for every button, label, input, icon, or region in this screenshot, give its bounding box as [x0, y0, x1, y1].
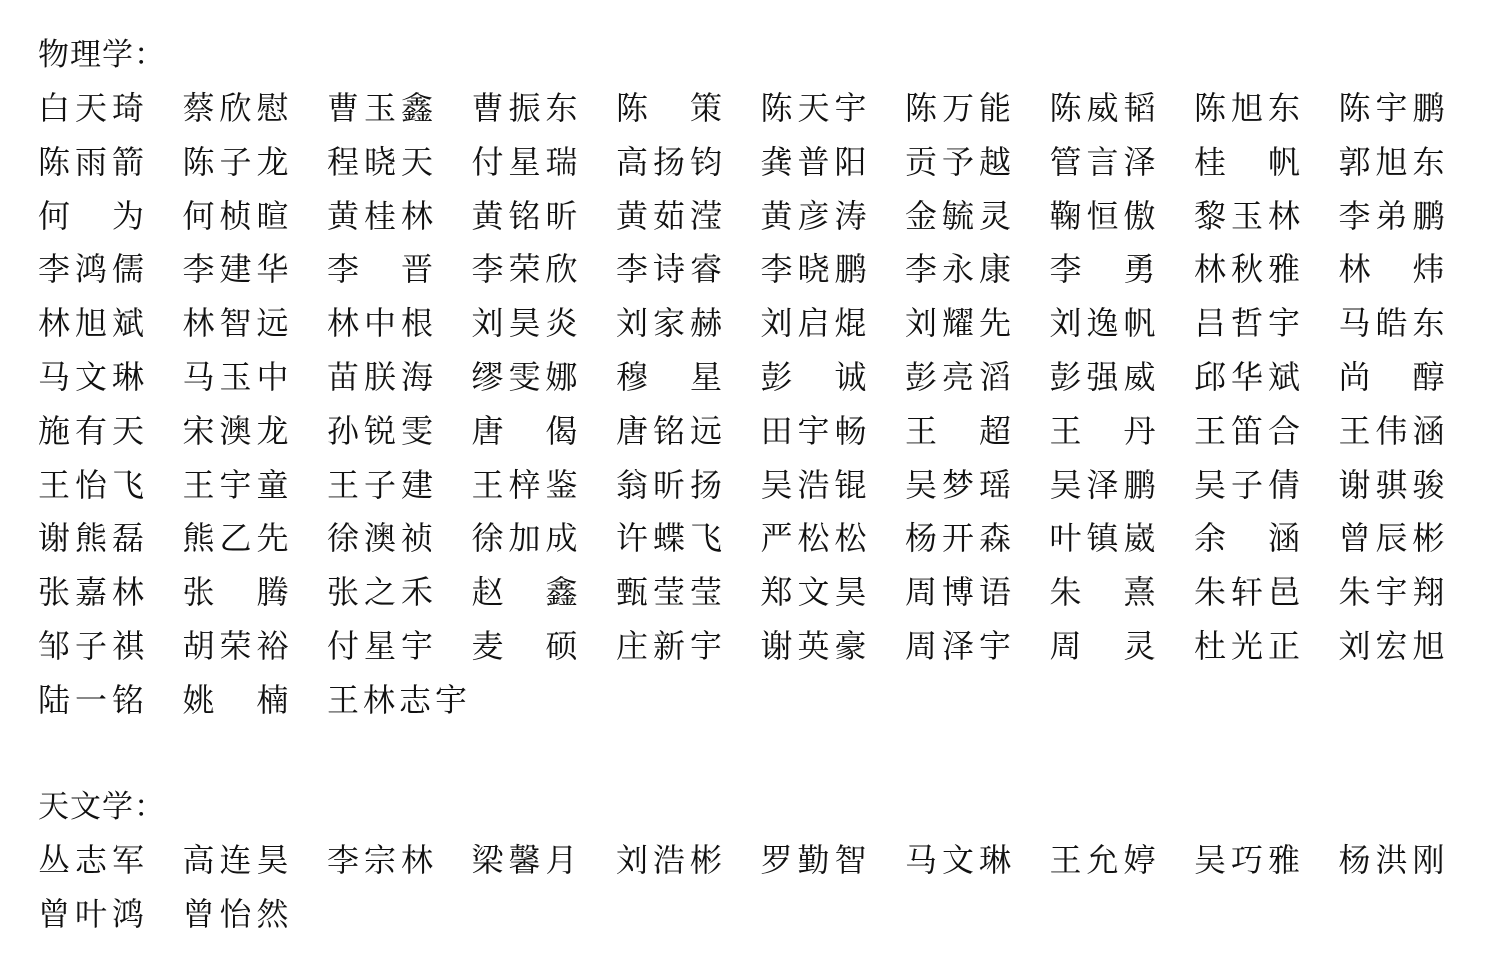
name-entry: 陆一铭 — [38, 674, 144, 728]
name-entry: 李建华 — [183, 243, 289, 297]
name-entry: 李鸿儒 — [38, 243, 144, 297]
name-entry: 彭亮滔 — [905, 351, 1011, 405]
name-entry: 彭诚 — [761, 351, 867, 405]
name-entry: 王怡飞 — [38, 459, 144, 513]
name-entry: 朱熹 — [1050, 566, 1156, 620]
name-entry: 李永康 — [905, 243, 1011, 297]
name-entry: 吕哲宇 — [1194, 297, 1300, 351]
name-entry: 黄桂林 — [327, 190, 433, 244]
name-entry: 林智远 — [183, 297, 289, 351]
name-entry: 王伟涵 — [1339, 405, 1445, 459]
name-entry: 叶镇崴 — [1050, 512, 1156, 566]
name-entry: 周博语 — [905, 566, 1011, 620]
name-entry: 王梓鉴 — [472, 459, 578, 513]
name-grid-astronomy: 丛志军高连昊李宗林梁馨月刘浩彬罗勤智马文琳王允婷吴巧雅杨洪刚曾叶鸿曾怡然 — [38, 834, 1483, 942]
name-entry: 马文琳 — [905, 834, 1011, 888]
section-title-physics: 物理学： — [38, 28, 1483, 82]
name-entry: 曾怡然 — [183, 888, 289, 942]
name-entry: 张腾 — [183, 566, 289, 620]
name-entry: 郭旭东 — [1339, 136, 1445, 190]
name-entry: 甄莹莹 — [616, 566, 722, 620]
name-entry: 陈天宇 — [761, 82, 867, 136]
section-title-astronomy: 天文学： — [38, 780, 1483, 834]
name-entry: 彭强威 — [1050, 351, 1156, 405]
name-entry: 桂帆 — [1194, 136, 1300, 190]
name-entry: 鞠恒傲 — [1050, 190, 1156, 244]
name-entry: 李晋 — [327, 243, 433, 297]
name-entry: 周泽宇 — [905, 620, 1011, 674]
name-grid-physics: 白天琦蔡欣慰曹玉鑫曹振东陈策陈天宇陈万能陈威韬陈旭东陈宇鹏陈雨箭陈子龙程晓天付星… — [38, 82, 1483, 728]
name-entry: 曾叶鸿 — [38, 888, 144, 942]
name-entry: 尚醇 — [1339, 351, 1445, 405]
name-entry: 李宗林 — [327, 834, 433, 888]
name-entry: 程晓天 — [327, 136, 433, 190]
name-entry: 刘家赫 — [616, 297, 722, 351]
name-entry: 王允婷 — [1050, 834, 1156, 888]
name-entry: 穆星 — [616, 351, 722, 405]
name-entry: 黄彦涛 — [761, 190, 867, 244]
name-entry: 刘昊炎 — [472, 297, 578, 351]
name-entry: 马玉中 — [183, 351, 289, 405]
name-entry: 黄铭昕 — [472, 190, 578, 244]
name-entry: 王丹 — [1050, 405, 1156, 459]
name-entry: 李弟鹏 — [1339, 190, 1445, 244]
name-entry: 白天琦 — [38, 82, 144, 136]
name-entry: 林旭斌 — [38, 297, 144, 351]
name-entry: 杜光正 — [1194, 620, 1300, 674]
name-entry: 何桢暄 — [183, 190, 289, 244]
name-entry: 余涵 — [1194, 512, 1300, 566]
name-entry: 李晓鹏 — [761, 243, 867, 297]
name-entry: 吴子倩 — [1194, 459, 1300, 513]
name-entry: 管言泽 — [1050, 136, 1156, 190]
name-entry: 罗勤智 — [761, 834, 867, 888]
name-entry: 徐加成 — [472, 512, 578, 566]
name-entry: 刘逸帆 — [1050, 297, 1156, 351]
name-entry: 邱华斌 — [1194, 351, 1300, 405]
name-entry: 朱轩邑 — [1194, 566, 1300, 620]
name-entry: 翁昕扬 — [616, 459, 722, 513]
name-entry: 王超 — [905, 405, 1011, 459]
name-entry: 邹子祺 — [38, 620, 144, 674]
name-entry: 唐铭远 — [616, 405, 722, 459]
name-entry: 林中根 — [327, 297, 433, 351]
name-entry: 马文琳 — [38, 351, 144, 405]
name-entry: 付星瑞 — [472, 136, 578, 190]
name-entry: 曾辰彬 — [1339, 512, 1445, 566]
name-entry: 杨洪刚 — [1339, 834, 1445, 888]
name-entry: 黎玉林 — [1194, 190, 1300, 244]
name-entry: 王笛合 — [1194, 405, 1300, 459]
name-entry: 陈雨箭 — [38, 136, 144, 190]
name-entry: 唐偈 — [472, 405, 578, 459]
name-entry: 吴浩锟 — [761, 459, 867, 513]
name-entry: 谢熊磊 — [38, 512, 144, 566]
name-entry: 吴巧雅 — [1194, 834, 1300, 888]
name-entry: 陈万能 — [905, 82, 1011, 136]
name-entry: 陈子龙 — [183, 136, 289, 190]
name-entry: 刘耀先 — [905, 297, 1011, 351]
name-entry: 高连昊 — [183, 834, 289, 888]
name-entry: 苗朕海 — [327, 351, 433, 405]
name-entry: 缪雯娜 — [472, 351, 578, 405]
name-entry: 李勇 — [1050, 243, 1156, 297]
name-entry: 郑文昊 — [761, 566, 867, 620]
name-entry: 高扬钧 — [616, 136, 722, 190]
name-entry: 马皓东 — [1339, 297, 1445, 351]
name-entry: 严松松 — [761, 512, 867, 566]
name-entry: 王林志宇 — [327, 674, 467, 728]
name-entry: 何为 — [38, 190, 144, 244]
name-entry: 周灵 — [1050, 620, 1156, 674]
name-entry: 王子建 — [327, 459, 433, 513]
name-entry: 陈策 — [616, 82, 722, 136]
name-entry: 李荣欣 — [472, 243, 578, 297]
name-entry: 刘浩彬 — [616, 834, 722, 888]
name-entry: 谢骐骏 — [1339, 459, 1445, 513]
name-entry: 金毓灵 — [905, 190, 1011, 244]
section-astronomy: 天文学： 丛志军高连昊李宗林梁馨月刘浩彬罗勤智马文琳王允婷吴巧雅杨洪刚曾叶鸿曾怡… — [38, 780, 1483, 942]
name-entry: 孙锐雯 — [327, 405, 433, 459]
name-entry: 曹玉鑫 — [327, 82, 433, 136]
name-entry: 田宇畅 — [761, 405, 867, 459]
name-entry: 陈威韬 — [1050, 82, 1156, 136]
name-entry: 吴泽鹏 — [1050, 459, 1156, 513]
name-entry: 施有天 — [38, 405, 144, 459]
name-entry: 胡荣裕 — [183, 620, 289, 674]
name-entry: 李诗睿 — [616, 243, 722, 297]
name-entry: 龚普阳 — [761, 136, 867, 190]
name-entry: 张之禾 — [327, 566, 433, 620]
name-entry: 梁馨月 — [472, 834, 578, 888]
name-entry: 林秋雅 — [1194, 243, 1300, 297]
name-entry: 丛志军 — [38, 834, 144, 888]
name-entry: 林炜 — [1339, 243, 1445, 297]
name-entry: 徐澳祯 — [327, 512, 433, 566]
name-entry: 吴梦瑶 — [905, 459, 1011, 513]
name-entry: 谢英豪 — [761, 620, 867, 674]
name-entry: 陈宇鹏 — [1339, 82, 1445, 136]
name-entry: 许蝶飞 — [616, 512, 722, 566]
name-entry: 熊乙先 — [183, 512, 289, 566]
name-entry: 庄新宇 — [616, 620, 722, 674]
name-entry: 付星宇 — [327, 620, 433, 674]
name-entry: 陈旭东 — [1194, 82, 1300, 136]
name-entry: 黄茹滢 — [616, 190, 722, 244]
name-entry: 蔡欣慰 — [183, 82, 289, 136]
name-entry: 杨开森 — [905, 512, 1011, 566]
name-entry: 姚楠 — [183, 674, 289, 728]
name-entry: 朱宇翔 — [1339, 566, 1445, 620]
section-physics: 物理学： 白天琦蔡欣慰曹玉鑫曹振东陈策陈天宇陈万能陈威韬陈旭东陈宇鹏陈雨箭陈子龙… — [38, 28, 1483, 728]
name-entry: 曹振东 — [472, 82, 578, 136]
name-entry: 贡予越 — [905, 136, 1011, 190]
name-entry: 刘宏旭 — [1339, 620, 1445, 674]
name-entry: 宋澳龙 — [183, 405, 289, 459]
name-entry: 王宇童 — [183, 459, 289, 513]
name-entry: 张嘉林 — [38, 566, 144, 620]
name-entry: 刘启焜 — [761, 297, 867, 351]
name-entry: 麦硕 — [472, 620, 578, 674]
name-entry: 赵鑫 — [472, 566, 578, 620]
